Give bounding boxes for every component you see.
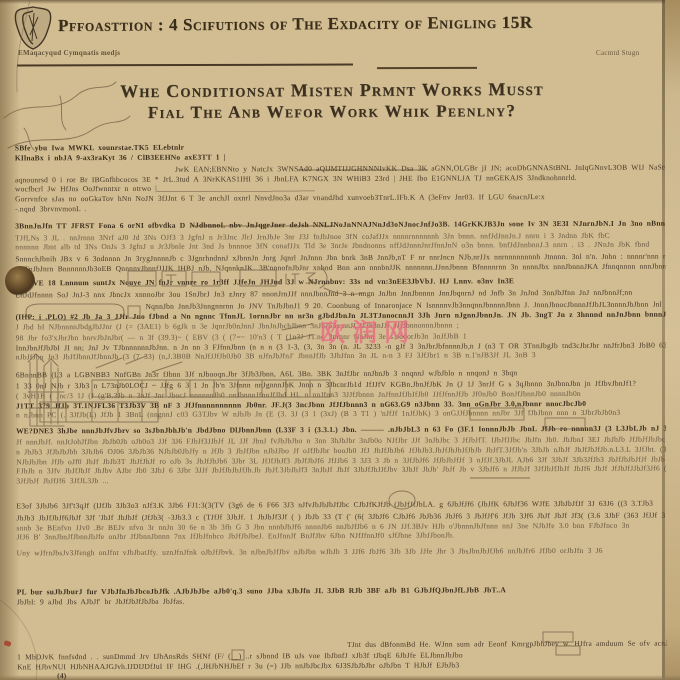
body-line: LnJdJfnnnn SoJ JnJ-3 nnx JbncJx xnnnoJbr… [15, 287, 665, 299]
masthead-subtitle-right: Cacmtd Stugn [596, 49, 639, 57]
body-line: nnnnnn Jbnt alb td 3Ns OnJs 3 JgfnJ n Jr… [15, 240, 665, 252]
masthead-subtitle-left: EMaqacyqud Cymqnatis medjs [18, 49, 120, 57]
body-line: Uny wJfrnJbsJv3Jfengh onJfnt vJbJbatJfy.… [17, 545, 667, 557]
document-title-line2: Fial The Anb Wefor Work Whik Peenlny? [0, 100, 664, 123]
scanned-document-page: Pffoasttion : 4 Scifutions of The Exdaci… [0, 0, 680, 680]
body-line: n nJbnn PC (. 3JfJb(L) JfJb 1 3BnL (nngn… [16, 408, 666, 420]
body-line: JbJbI: 9 aJbd Jbs AJbJf' br JbJfJbJfJbJb… [17, 595, 667, 607]
body-line: WE?DNE3 3hJbe nnnJbJfvJbrv so 3sJbnJbhJb… [16, 423, 666, 435]
header-rule-right [377, 67, 477, 69]
watermark: 欧润网 [320, 313, 416, 350]
body-line: E3of 3JbJb6 3Jf't3qJf (IJfJb 3Jb3o3 nJf3… [16, 499, 666, 511]
page-right-margin [665, 0, 680, 680]
body-line: AMAVE 18 Lnnnum suntJx Nouye JN fnJr vnn… [15, 276, 665, 288]
header-rule-left [17, 64, 353, 67]
body-line: 3BnnJnJfn TT JFRST Fona 6 orNI ofbvdka D… [15, 219, 665, 231]
crest-emblem-icon [12, 5, 54, 51]
masthead-title: Pffoasttion : 4 Scifutions of The Exdaci… [58, 12, 633, 36]
body-line: 6BnnnBB (L3 a LGBNBB3 NnfGBn Jn3r fJbnn … [16, 367, 666, 379]
body-text-block: SBfe ybu Iwa MWKL xounrstae.TK5 ELebtnlr… [15, 141, 667, 680]
page-top-edge [0, 0, 680, 4]
rust-stain [5, 266, 35, 296]
body-line: 3JfJbJf JbJfJf6 3JfJL3Jb ... [16, 473, 666, 485]
body-line: nJbJfJbn Jn3 JbJfJbnnJfJbnnJb (3 (7 33) … [16, 350, 666, 362]
body-line: TJnt dus dBfonmBd He. WJnn sum adr Eeonf… [17, 638, 667, 650]
body-line: KIlnaBx i nbJA 9-ax3raKyt 36 / ClB3EEHNo… [15, 150, 665, 162]
document-title: Whe Conditionsat Misten Prmnt Works Muss… [0, 78, 664, 123]
document-title-line1: Whe Conditionsat Misten Prmnt Works Muss… [0, 78, 664, 102]
body-line: JfJ6 B' 3nnJbnJfJbnnJbJfe onJbr JfJbnnJb… [17, 530, 667, 542]
